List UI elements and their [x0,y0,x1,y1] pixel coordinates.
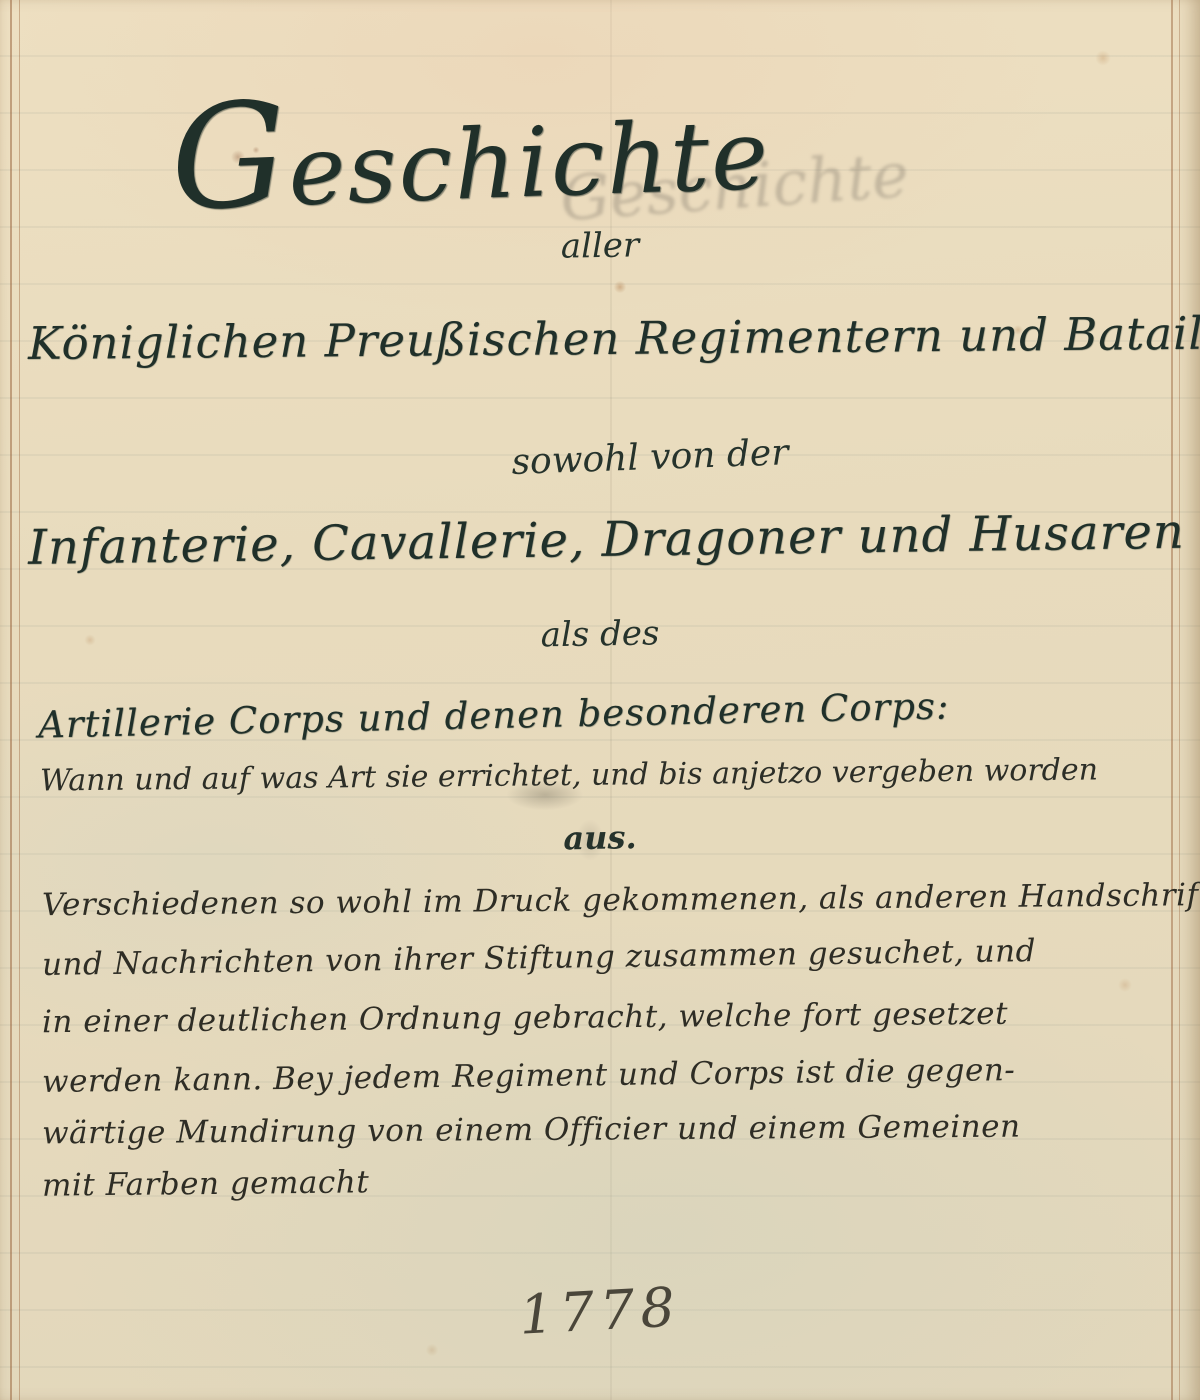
body-line: und Nachrichten von ihrer Stiftung zusam… [42,933,1036,983]
heading-branches: Infanterie, Cavallerie, Dragoner und Hus… [28,504,1159,576]
manuscript-page: Geschichte Geschichte aller Königlichen … [0,0,1200,1400]
right-margin-rule-inner [1171,0,1173,1400]
heading-sowohl: sowohl von der [0,416,1200,501]
body-line: in einer deutlichen Ordnung gebracht, we… [42,996,1008,1040]
heading-aus: aus. [0,807,1200,868]
year-label: 1778 [0,1245,1200,1374]
body-line: werden kann. Bey jedem Regiment und Corp… [42,1052,1016,1100]
body-line: wärtige Mundirung von einem Officier und… [42,1109,1021,1152]
left-margin-rule-outer [10,0,12,1400]
body-line: mit Farben gemacht [42,1164,370,1203]
page-title: Geschichte [127,50,813,246]
heading-wann: Wann und auf was Art sie errichtet, und … [40,752,1098,798]
heading-artillerie: Artillerie Corps und denen besonderen Co… [38,684,950,746]
right-margin-rule-outer [1179,0,1180,1400]
body-line: Verschiedenen so wohl im Druck gekommene… [42,877,1200,924]
left-margin-rule-inner [19,0,20,1400]
heading-regiments: Königlichen Preußischen Regimentern und … [28,307,1173,370]
heading-als-des: als des [0,603,1200,665]
